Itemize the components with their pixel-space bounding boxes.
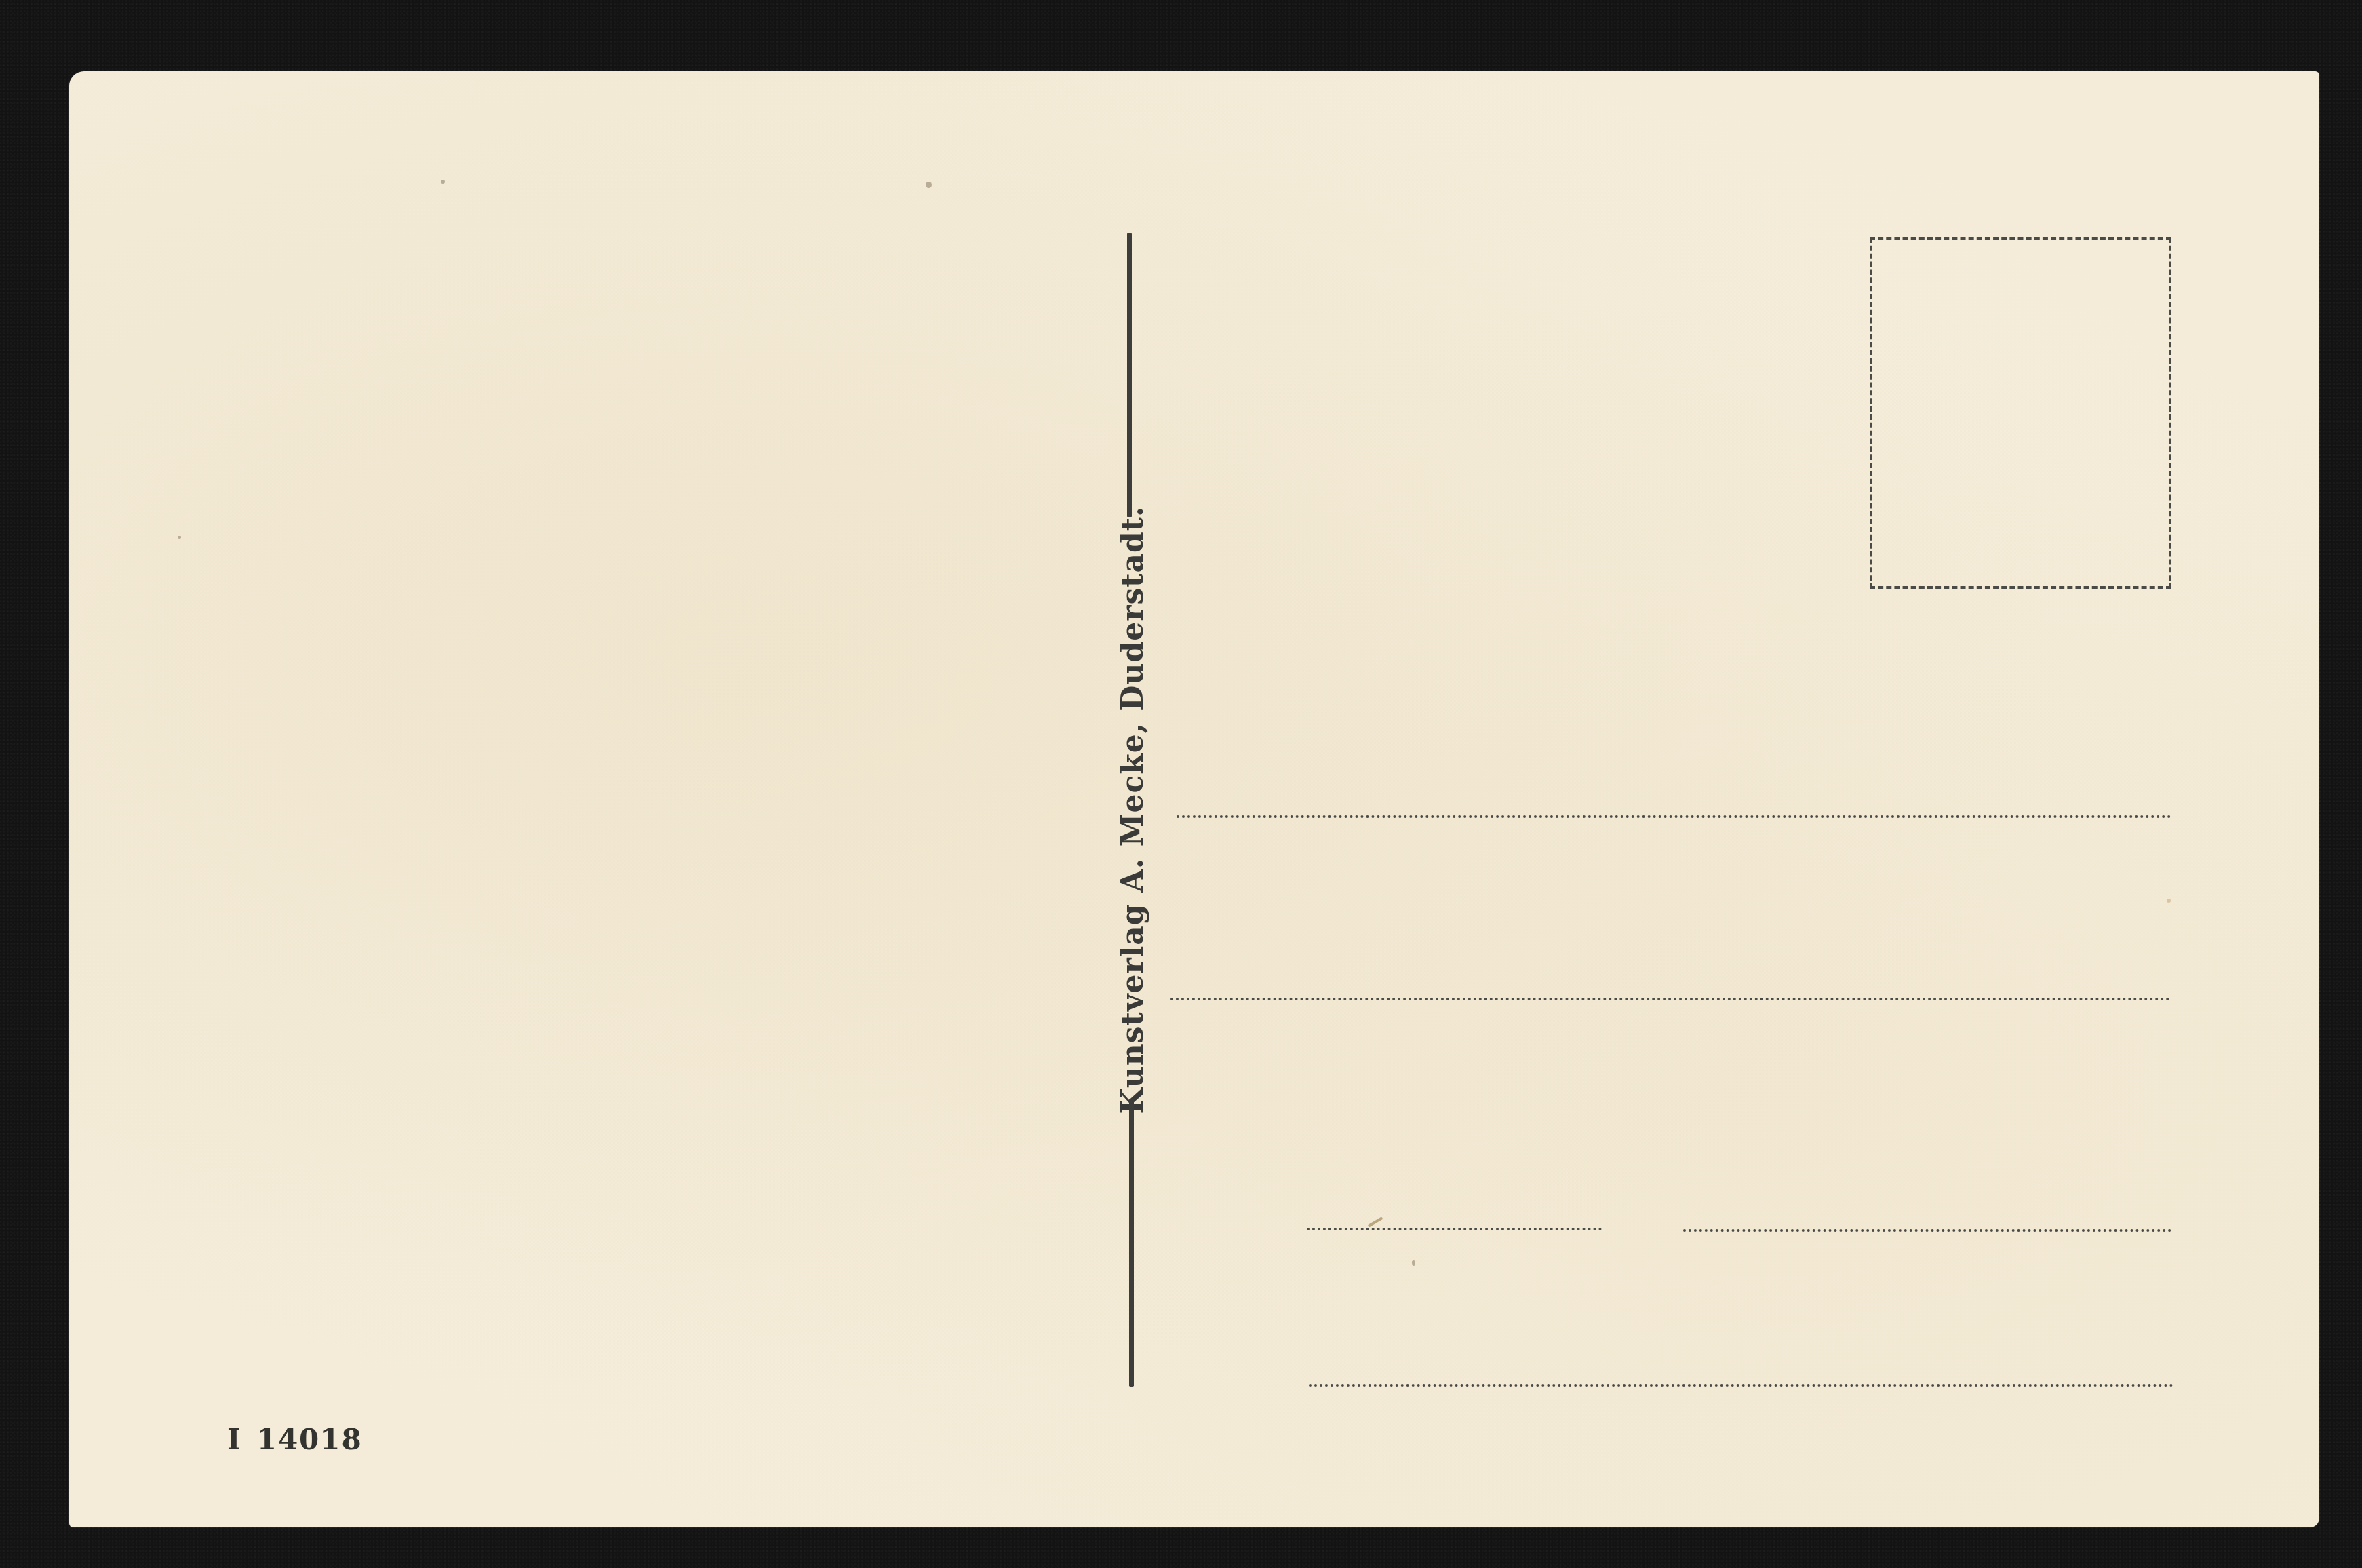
- paper-speck: [1412, 1260, 1415, 1266]
- publisher-imprint: Kunstverlag A. Mecke, Duderstadt.: [1116, 506, 1150, 1114]
- paper-speck: [2167, 899, 2171, 903]
- address-line-1: [1177, 815, 2171, 818]
- catalog-series: I: [227, 1423, 242, 1456]
- address-line-3a: [1307, 1228, 1602, 1230]
- paper-speck: [178, 536, 181, 539]
- paper-speck: [926, 182, 932, 188]
- divider-rule-top: [1127, 233, 1132, 517]
- divider-rule-bottom: [1129, 1099, 1134, 1387]
- stamp-box: [1870, 237, 2171, 589]
- address-line-4: [1309, 1384, 2173, 1387]
- address-line-3b: [1683, 1229, 2171, 1232]
- address-line-2: [1170, 998, 2170, 1000]
- catalog-number: I14018: [227, 1423, 363, 1456]
- paper-speck: [441, 180, 445, 184]
- catalog-number-value: 14018: [257, 1423, 363, 1456]
